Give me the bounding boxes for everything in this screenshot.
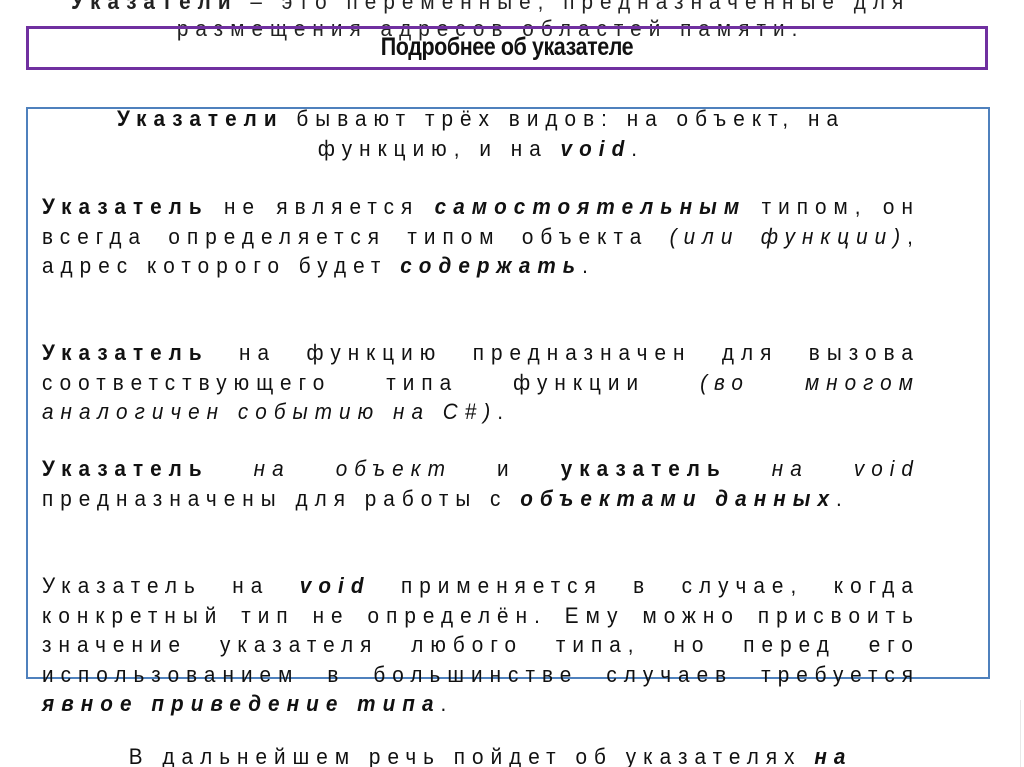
emphasis-text: объектами данных	[520, 486, 836, 511]
text-segment: .	[836, 486, 849, 511]
emphasis-text: указатель	[561, 456, 727, 481]
slide: Указатели – это переменные, предназначен…	[0, 0, 1024, 767]
emphasis-text: самостоятельным	[435, 194, 747, 219]
emphasis-text: void	[561, 136, 632, 161]
emphasis-text: содержать	[400, 253, 582, 278]
emphasis-text: на	[814, 744, 852, 767]
text-segment: .	[497, 399, 510, 424]
emphasis-text: Указатель	[42, 194, 209, 219]
emphasis-text: void	[300, 573, 371, 598]
text-segment: .	[582, 253, 595, 278]
paragraph-further: В дальнейшем речь пойдет об указателях н…	[30, 742, 951, 767]
text-segment	[209, 456, 254, 481]
emphasis-text: Указатель	[42, 340, 209, 365]
paragraph-pointer-kinds: Указатели бывают трёх видов: на объект, …	[42, 104, 920, 163]
text-segment: не является	[209, 194, 435, 219]
slide-title: Подробнее об указателе	[93, 33, 920, 62]
emphasis-text: на void	[772, 456, 920, 481]
text-segment: предназначены для работы с	[42, 486, 520, 511]
emphasis-text: явное приведение типа	[42, 691, 441, 716]
paragraph-void-pointer: Указатель на void применяется в случае, …	[42, 571, 920, 719]
text-segment: .	[631, 136, 644, 161]
paragraph-object-void-pointer: Указатель на объект и указатель на void …	[42, 454, 920, 513]
emphasis-text: (или функции)	[670, 224, 908, 249]
paragraph-function-pointer: Указатель на функцию предназначен для вы…	[42, 338, 920, 427]
slide-edge-divider	[1020, 700, 1021, 767]
text-segment: Указатель на	[42, 573, 300, 598]
emphasis-text: Указатель	[42, 456, 209, 481]
emphasis-text: Указатели	[117, 106, 284, 131]
paragraph-pointer-type: Указатель не является самостоятельным ти…	[42, 192, 920, 281]
intro-bold-term: Указатели	[71, 0, 238, 14]
text-segment: В дальнейшем речь пойдет об указателях	[129, 744, 815, 767]
text-segment: .	[441, 691, 454, 716]
emphasis-text: на объект	[254, 456, 452, 481]
text-segment: и	[452, 456, 561, 481]
text-segment	[727, 456, 772, 481]
